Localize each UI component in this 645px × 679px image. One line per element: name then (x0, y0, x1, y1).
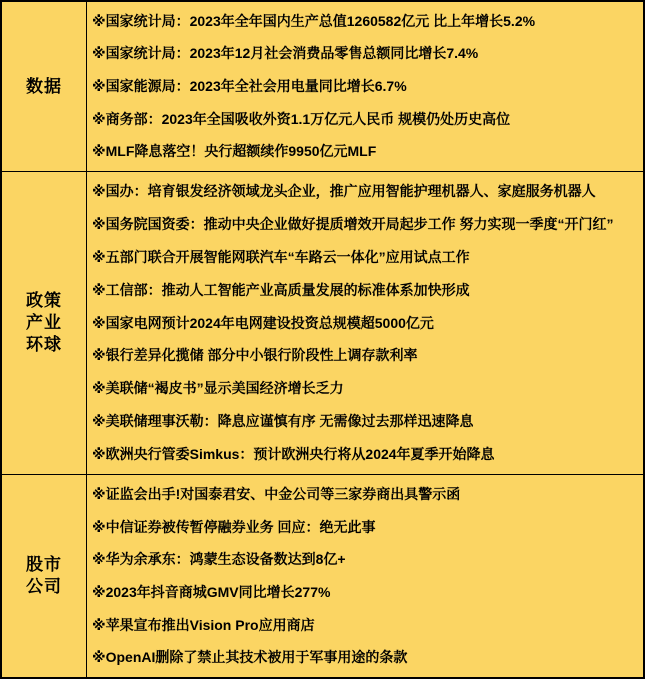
news-item: ※国家统计局：2023年全年国内生产总值1260582亿元 比上年增长5.2% (92, 13, 637, 30)
news-item: ※美联储“褐皮书”显示美国经济增长乏力 (92, 380, 637, 397)
news-item: ※商务部：2023年全国吸收外资1.1万亿元人民币 规模仍处历史高位 (92, 111, 637, 128)
section-policy-content: ※国办：培育银发经济领域龙头企业，推广应用智能护理机器人、家庭服务机器人 ※国务… (87, 172, 643, 474)
section-data-content: ※国家统计局：2023年全年国内生产总值1260582亿元 比上年增长5.2% … (87, 2, 643, 171)
section-label-line: 股市 (26, 554, 62, 576)
section-label-line: 数据 (26, 76, 62, 98)
section-data: 数据 ※国家统计局：2023年全年国内生产总值1260582亿元 比上年增长5.… (2, 2, 643, 172)
news-item: ※国家统计局：2023年12月社会消费品零售总额同比增长7.4% (92, 45, 637, 62)
section-stock-content: ※证监会出手!对国泰君安、中金公司等三家券商出具警示函 ※中信证券被传暂停融券业… (87, 475, 643, 677)
news-item: ※MLF降息落空！央行超额续作9950亿元MLF (92, 143, 637, 160)
section-label-line: 公司 (26, 576, 62, 598)
section-label-line: 环球 (26, 334, 62, 356)
news-item: ※苹果宣布推出Vision Pro应用商店 (92, 617, 637, 634)
news-item: ※国办：培育银发经济领域龙头企业，推广应用智能护理机器人、家庭服务机器人 (92, 183, 637, 200)
news-item: ※中信证券被传暂停融券业务 回应：绝无此事 (92, 519, 637, 536)
news-item: ※国务院国资委：推动中央企业做好提质增效开局起步工作 努力实现一季度“开门红” (92, 216, 637, 233)
section-stock-companies: 股市 公司 ※证监会出手!对国泰君安、中金公司等三家券商出具警示函 ※中信证券被… (2, 475, 643, 677)
section-data-label-cell: 数据 (2, 2, 87, 171)
news-item: ※欧洲央行管委Simkus：预计欧洲央行将从2024年夏季开始降息 (92, 446, 637, 463)
news-item: ※国家电网预计2024年电网建设投资总规模超5000亿元 (92, 315, 637, 332)
news-item: ※OpenAI删除了禁止其技术被用于军事用途的条款 (92, 649, 637, 666)
section-stock-label-cell: 股市 公司 (2, 475, 87, 677)
news-item: ※华为余承东：鸿蒙生态设备数达到8亿+ (92, 551, 637, 568)
section-label-line: 政策 (26, 290, 62, 312)
news-item: ※五部门联合开展智能网联汽车“车路云一体化”应用试点工作 (92, 249, 637, 266)
news-item: ※银行差异化揽储 部分中小银行阶段性上调存款利率 (92, 347, 637, 364)
news-item: ※2023年抖音商城GMV同比增长277% (92, 584, 637, 601)
section-policy-industry-global: 政策 产业 环球 ※国办：培育银发经济领域龙头企业，推广应用智能护理机器人、家庭… (2, 172, 643, 475)
section-policy-label-cell: 政策 产业 环球 (2, 172, 87, 474)
news-item: ※工信部：推动人工智能产业高质量发展的标准体系加快形成 (92, 282, 637, 299)
news-item: ※国家能源局：2023年全社会用电量同比增长6.7% (92, 78, 637, 95)
news-item: ※美联储理事沃勒：降息应谨慎有序 无需像过去那样迅速降息 (92, 413, 637, 430)
section-label-line: 产业 (26, 312, 62, 334)
news-digest-table: 数据 ※国家统计局：2023年全年国内生产总值1260582亿元 比上年增长5.… (0, 0, 645, 679)
news-item: ※证监会出手!对国泰君安、中金公司等三家券商出具警示函 (92, 486, 637, 503)
